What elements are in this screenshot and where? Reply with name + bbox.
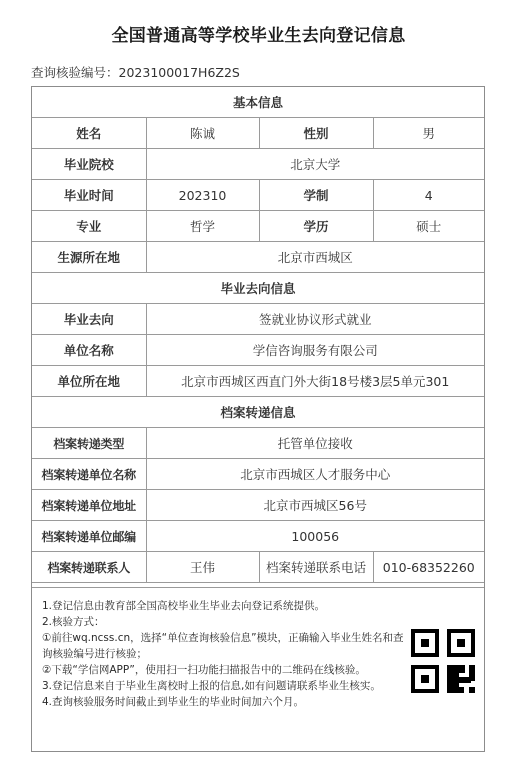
archive-type-label: 档案转递类型: [32, 428, 146, 459]
employer-address-value: 北京市西城区西直门外大街18号楼3层5单元301: [146, 366, 484, 397]
archive-contact-value: 王伟: [146, 552, 259, 583]
note-item: 2.核验方式：: [42, 614, 407, 630]
section-header-archive: 档案转递信息: [32, 397, 484, 428]
archive-phone-label: 档案转递联系电话: [259, 552, 373, 583]
page-title: 全国普通高等学校毕业生去向登记信息: [0, 21, 517, 46]
query-code-label: 查询核验编号：: [31, 65, 119, 80]
table-row: 专业 哲学 学历 硕士: [32, 211, 484, 242]
employer-label: 单位名称: [32, 335, 146, 366]
duration-value: 4: [373, 180, 484, 211]
destination-label: 毕业去向: [32, 304, 146, 335]
table-row: 档案转递联系人 王伟 档案转递联系电话 010-68352260: [32, 552, 484, 583]
table-row: 单位名称 学信咨询服务有限公司: [32, 335, 484, 366]
major-label: 专业: [32, 211, 146, 242]
origin-label: 生源所在地: [32, 242, 146, 273]
query-code: 查询核验编号：2023100017H6Z2S: [31, 63, 240, 81]
notes-section: 1.登记信息由教育部全国高校毕业生毕业去向登记系统提供。 2.核验方式： ①前往…: [32, 587, 484, 751]
name-label: 姓名: [32, 118, 146, 149]
table-row: 生源所在地 北京市西城区: [32, 242, 484, 273]
archive-unit-name-value: 北京市西城区人才服务中心: [146, 459, 484, 490]
archive-unit-address-label: 档案转递单位地址: [32, 490, 146, 521]
table-row: 姓名 陈诚 性别 男: [32, 118, 484, 149]
destination-value: 签就业协议形式就业: [146, 304, 484, 335]
section-title-basic: 基本信息: [32, 87, 484, 118]
note-item: 3.登记信息来自于毕业生离校时上报的信息,如有问题请联系毕业生核实。: [42, 678, 407, 694]
table-row: 单位所在地 北京市西城区西直门外大街18号楼3层5单元301: [32, 366, 484, 397]
table-row: 毕业去向 签就业协议形式就业: [32, 304, 484, 335]
table-row: 档案转递单位邮编 100056: [32, 521, 484, 552]
query-code-value: 2023100017H6Z2S: [119, 65, 240, 80]
duration-label: 学制: [259, 180, 373, 211]
info-table: 基本信息 姓名 陈诚 性别 男 毕业院校 北京大学 毕业时间 202310 学制…: [32, 87, 484, 583]
archive-unit-address-value: 北京市西城区56号: [146, 490, 484, 521]
note-item: 1.登记信息由教育部全国高校毕业生毕业去向登记系统提供。: [42, 598, 407, 614]
degree-value: 硕士: [373, 211, 484, 242]
employer-address-label: 单位所在地: [32, 366, 146, 397]
archive-phone-value: 010-68352260: [373, 552, 484, 583]
archive-unit-name-label: 档案转递单位名称: [32, 459, 146, 490]
section-header-destination: 毕业去向信息: [32, 273, 484, 304]
archive-contact-label: 档案转递联系人: [32, 552, 146, 583]
note-item: ①前往wq.ncss.cn，选择“单位查询核验信息”模块，正确输入毕业生姓名和查…: [42, 630, 407, 662]
note-item: 4.查询核验服务时间截止到毕业生的毕业时间加六个月。: [42, 694, 407, 710]
registration-sheet: 基本信息 姓名 陈诚 性别 男 毕业院校 北京大学 毕业时间 202310 学制…: [31, 86, 485, 752]
section-title-destination: 毕业去向信息: [32, 273, 484, 304]
archive-postcode-value: 100056: [146, 521, 484, 552]
table-row: 毕业院校 北京大学: [32, 149, 484, 180]
notes-list: 1.登记信息由教育部全国高校毕业生毕业去向登记系统提供。 2.核验方式： ①前往…: [42, 598, 407, 710]
note-item: ②下载“学信网APP”，使用扫一扫功能扫描报告中的二维码在线核验。: [42, 662, 407, 678]
school-value: 北京大学: [146, 149, 484, 180]
qr-code-icon: [411, 629, 475, 693]
section-header-basic: 基本信息: [32, 87, 484, 118]
major-value: 哲学: [146, 211, 259, 242]
school-label: 毕业院校: [32, 149, 146, 180]
table-row: 档案转递类型 托管单位接收: [32, 428, 484, 459]
gender-label: 性别: [259, 118, 373, 149]
archive-type-value: 托管单位接收: [146, 428, 484, 459]
table-row: 档案转递单位地址 北京市西城区56号: [32, 490, 484, 521]
gender-value: 男: [373, 118, 484, 149]
section-title-archive: 档案转递信息: [32, 397, 484, 428]
name-value: 陈诚: [146, 118, 259, 149]
grad-time-value: 202310: [146, 180, 259, 211]
table-row: 档案转递单位名称 北京市西城区人才服务中心: [32, 459, 484, 490]
grad-time-label: 毕业时间: [32, 180, 146, 211]
origin-value: 北京市西城区: [146, 242, 484, 273]
archive-postcode-label: 档案转递单位邮编: [32, 521, 146, 552]
table-row: 毕业时间 202310 学制 4: [32, 180, 484, 211]
employer-value: 学信咨询服务有限公司: [146, 335, 484, 366]
degree-label: 学历: [259, 211, 373, 242]
